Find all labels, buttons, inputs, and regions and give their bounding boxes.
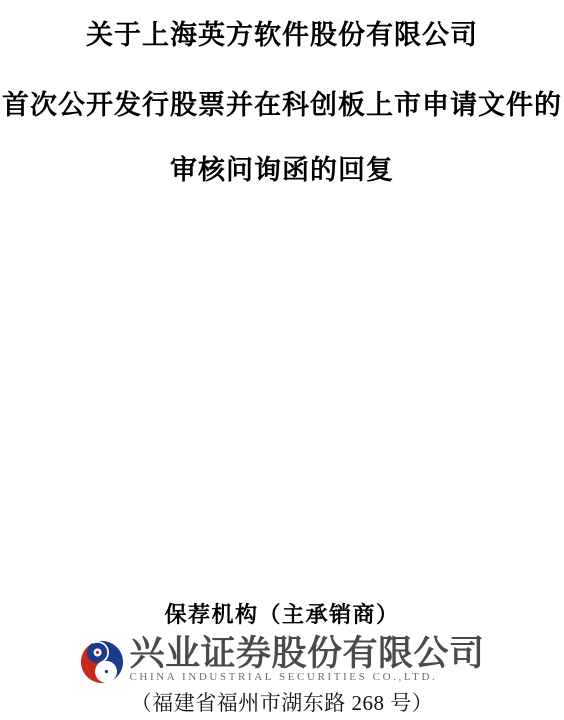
document-title-line-2: 首次公开发行股票并在科创板上市申请文件的: [0, 90, 564, 121]
underwriter-name-block: 兴业证券股份有限公司 CHINA INDUSTRIAL SECURITIES C…: [129, 636, 484, 683]
underwriter-address: （福建省福州市湖东路 268 号）: [0, 687, 564, 717]
underwriter-name-cn: 兴业证券股份有限公司: [129, 636, 484, 671]
industrial-securities-swirl-logo-icon: [79, 639, 125, 685]
sponsor-label: 保荐机构（主承销商）: [0, 598, 564, 629]
underwriter-brand-block: 兴业证券股份有限公司 CHINA INDUSTRIAL SECURITIES C…: [0, 636, 564, 685]
document-title-line-3: 审核问询函的回复: [0, 155, 564, 186]
underwriter-name-en: CHINA INDUSTRIAL SECURITIES CO.,LTD.: [129, 672, 437, 683]
document-page: 关于上海英方软件股份有限公司 首次公开发行股票并在科创板上市申请文件的 审核问询…: [0, 0, 564, 720]
document-title-line-1: 关于上海英方软件股份有限公司: [0, 20, 564, 51]
